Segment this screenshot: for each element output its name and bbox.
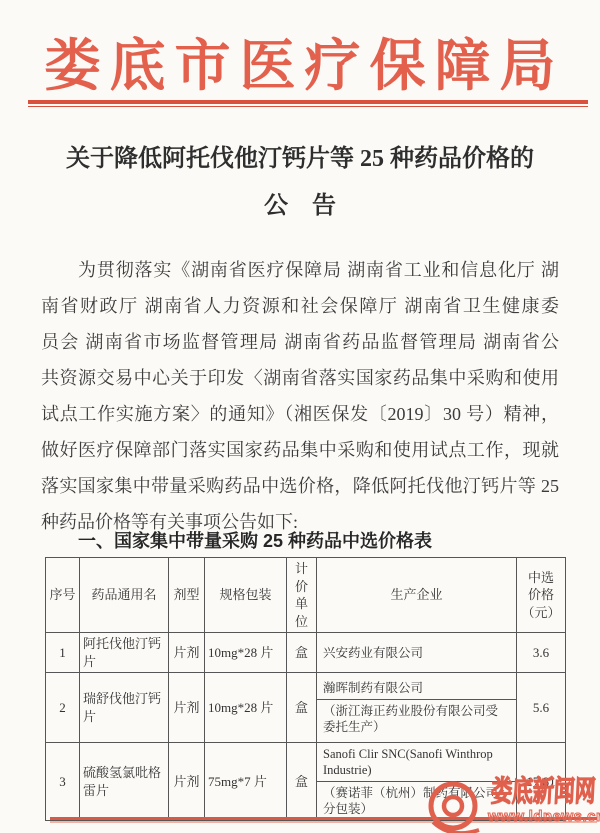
letterhead-divider-thin-line xyxy=(28,106,588,107)
document-title-line-1: 关于降低阿托伐他汀钙片等 25 种药品价格的 xyxy=(0,136,600,183)
column-header-no: 序号 xyxy=(46,558,80,633)
table-row: 2 瑞舒伐他汀钙片 片剂 10mg*28 片 盒 瀚晖制药有限公司 （浙江海正药… xyxy=(46,673,566,743)
body-line: 试点工作实施方案〉的通知》（湘医保发〔2019〕30 号）精神， xyxy=(41,396,559,432)
cell-unit: 盒 xyxy=(287,743,317,821)
letterhead-divider xyxy=(28,100,588,107)
news-site-watermark: 娄底新闻网 www.ldnews.cn xyxy=(425,776,600,833)
column-header-unit: 计价 单位 xyxy=(287,558,317,633)
letterhead-divider-thick-line xyxy=(28,100,588,104)
cell-drug-name: 瑞舒伐他汀钙片 xyxy=(80,673,169,743)
cell-dosage-form: 片剂 xyxy=(169,673,205,743)
column-header-manufacturer: 生产企业 xyxy=(317,558,517,633)
body-line: 落实国家集中带量采购药品中选价格，降低阿托伐他汀钙片等 25 xyxy=(41,468,559,504)
body-line: 做好医疗保障部门落实国家药品集中采购和使用试点工作，现就 xyxy=(41,432,559,468)
news-site-logo-icon xyxy=(425,779,483,833)
news-site-url: www.ldnews.cn xyxy=(488,808,600,825)
agency-name: 娄底市医疗保障局 xyxy=(0,36,600,98)
cell-no: 1 xyxy=(46,633,80,673)
document-title-line-2: 公 告 xyxy=(0,183,600,230)
news-site-name: 娄底新闻网 xyxy=(490,776,596,808)
column-header-dosage-form: 剂型 xyxy=(169,558,205,633)
cell-spec: 10mg*28 片 xyxy=(205,633,287,673)
cell-no: 3 xyxy=(46,743,80,821)
cell-manufacturer: 兴安药业有限公司 xyxy=(317,633,517,673)
cell-no: 2 xyxy=(46,673,80,743)
cell-spec: 10mg*28 片 xyxy=(205,673,287,743)
body-line: 共资源交易中心关于印发〈湖南省落实国家药品集中采购和使用 xyxy=(41,360,559,396)
column-header-drug-name: 药品通用名 xyxy=(80,558,169,633)
column-header-spec: 规格包装 xyxy=(205,558,287,633)
cell-drug-name: 阿托伐他汀钙片 xyxy=(80,633,169,673)
cell-dosage-form: 片剂 xyxy=(169,743,205,821)
manufacturer-line: 兴安药业有限公司 xyxy=(317,642,516,664)
cell-manufacturer: 瀚晖制药有限公司 （浙江海正药业股份有限公司受委托生产） xyxy=(317,673,517,743)
body-line: 员会 湖南省市场监督管理局 湖南省药品监督管理局 湖南省公 xyxy=(41,324,559,360)
cell-price: 5.6 xyxy=(517,673,566,743)
table-header-row: 序号 药品通用名 剂型 规格包装 计价 单位 生产企业 中选 价格 （元） xyxy=(46,558,566,633)
body-line: 为贯彻落实《湖南省医疗保障局 湖南省工业和信息化厅 湖 xyxy=(41,252,559,288)
cell-unit: 盒 xyxy=(287,633,317,673)
cell-dosage-form: 片剂 xyxy=(169,633,205,673)
notice-body: 为贯彻落实《湖南省医疗保障局 湖南省工业和信息化厅 湖 南省财政厅 湖南省人力资… xyxy=(41,252,559,540)
body-line: 南省财政厅 湖南省人力资源和社会保障厅 湖南省卫生健康委 xyxy=(41,288,559,324)
table-row: 1 阿托伐他汀钙片 片剂 10mg*28 片 盒 兴安药业有限公司 3.6 xyxy=(46,633,566,673)
section-heading: 一、国家集中带量采购 25 种药品中选价格表 xyxy=(41,527,559,553)
cell-price: 3.6 xyxy=(517,633,566,673)
column-header-price: 中选 价格 （元） xyxy=(517,558,566,633)
cell-unit: 盒 xyxy=(287,673,317,743)
cell-drug-name: 硫酸氢氯吡格雷片 xyxy=(80,743,169,821)
document-title: 关于降低阿托伐他汀钙片等 25 种药品价格的 公 告 xyxy=(0,136,600,230)
manufacturer-line: 瀚晖制药有限公司 xyxy=(317,677,516,699)
cell-spec: 75mg*7 片 xyxy=(205,743,287,821)
scanned-notice-page: 娄底市医疗保障局 关于降低阿托伐他汀钙片等 25 种药品价格的 公 告 为贯彻落… xyxy=(0,0,600,833)
manufacturer-line: （浙江海正药业股份有限公司受委托生产） xyxy=(317,699,516,738)
